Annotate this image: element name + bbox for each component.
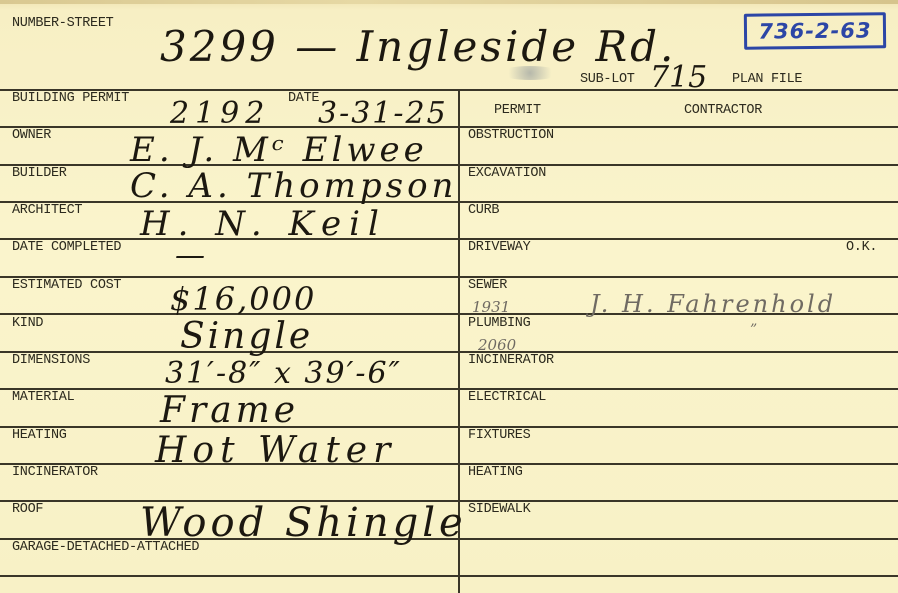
builder-value: C. A. Thompson [130, 166, 457, 206]
driveway-note: O.K. [846, 240, 877, 255]
owner-label: OWNER [12, 128, 51, 143]
rule-line [0, 126, 898, 128]
rule-line [0, 426, 898, 428]
driveway-label: DRIVEWAY [468, 240, 530, 255]
incinerator-label: INCINERATOR [12, 465, 98, 480]
dimensions-value: 31′-8″ x 39′-6″ [165, 356, 402, 391]
obstruction-label: OBSTRUCTION [468, 128, 554, 143]
sewer-contractor: J. H. Fahrenhold [590, 290, 836, 318]
estimated-cost-value: $16,000 [170, 280, 316, 318]
electrical-label: ELECTRICAL [468, 390, 546, 405]
rule-line [0, 351, 898, 353]
file-number-stamp: 736-2-63 [744, 12, 886, 49]
excavation-label: EXCAVATION [468, 166, 546, 181]
rule-line [0, 276, 898, 278]
plan-file-label: PLAN FILE [732, 72, 802, 87]
date-completed-label: DATE COMPLETED [12, 240, 121, 255]
contractor-column-header: CONTRACTOR [684, 103, 762, 118]
kind-label: KIND [12, 316, 43, 331]
date-label: DATE [288, 91, 319, 106]
date-value: 3-31-25 [318, 96, 448, 131]
material-label: MATERIAL [12, 390, 74, 405]
permit-column-header: PERMIT [494, 103, 541, 118]
heating-label: HEATING [12, 428, 67, 443]
building-permit-label: BUILDING PERMIT [12, 91, 129, 106]
plumbing-contractor-ditto: ” [750, 322, 757, 338]
curb-label: CURB [468, 203, 499, 218]
builder-label: BUILDER [12, 166, 67, 181]
plumbing-label: PLUMBING [468, 316, 530, 331]
rule-line [0, 463, 898, 465]
material-value: Frame [160, 390, 299, 431]
ink-smudge [500, 66, 560, 80]
number-street-value: 3299 — Ingleside Rd. [160, 22, 676, 71]
fixtures-label: FIXTURES [468, 428, 530, 443]
sidewalk-label: SIDEWALK [468, 502, 530, 517]
sub-lot-label: SUB-LOT [580, 72, 635, 87]
heating-value: Hot Water [155, 430, 396, 471]
incinerator-permit-label: INCINERATOR [468, 353, 554, 368]
owner-value: E. J. Mᶜ Elwee [130, 130, 428, 170]
rule-line [0, 575, 898, 577]
architect-label: ARCHITECT [12, 203, 82, 218]
sewer-label: SEWER [468, 278, 507, 293]
dimensions-label: DIMENSIONS [12, 353, 90, 368]
building-permit-value: 2192 [170, 96, 270, 131]
rule-line [0, 238, 898, 240]
permit-card: 736-2-63 NUMBER-STREET 3299 — Ingleside … [0, 0, 898, 593]
sewer-permit-number: 1931 [472, 298, 510, 316]
roof-value: Wood Shingle [140, 500, 467, 546]
rule-line [0, 89, 898, 91]
date-completed-value: — [175, 238, 205, 273]
estimated-cost-label: ESTIMATED COST [12, 278, 121, 293]
card-top-edge [0, 0, 898, 4]
heating-permit-label: HEATING [468, 465, 523, 480]
rule-line [0, 388, 898, 390]
plumbing-permit-number: 2060 [478, 336, 516, 354]
roof-label: ROOF [12, 502, 43, 517]
kind-value: Single [180, 316, 313, 357]
number-street-label: NUMBER-STREET [12, 16, 113, 31]
